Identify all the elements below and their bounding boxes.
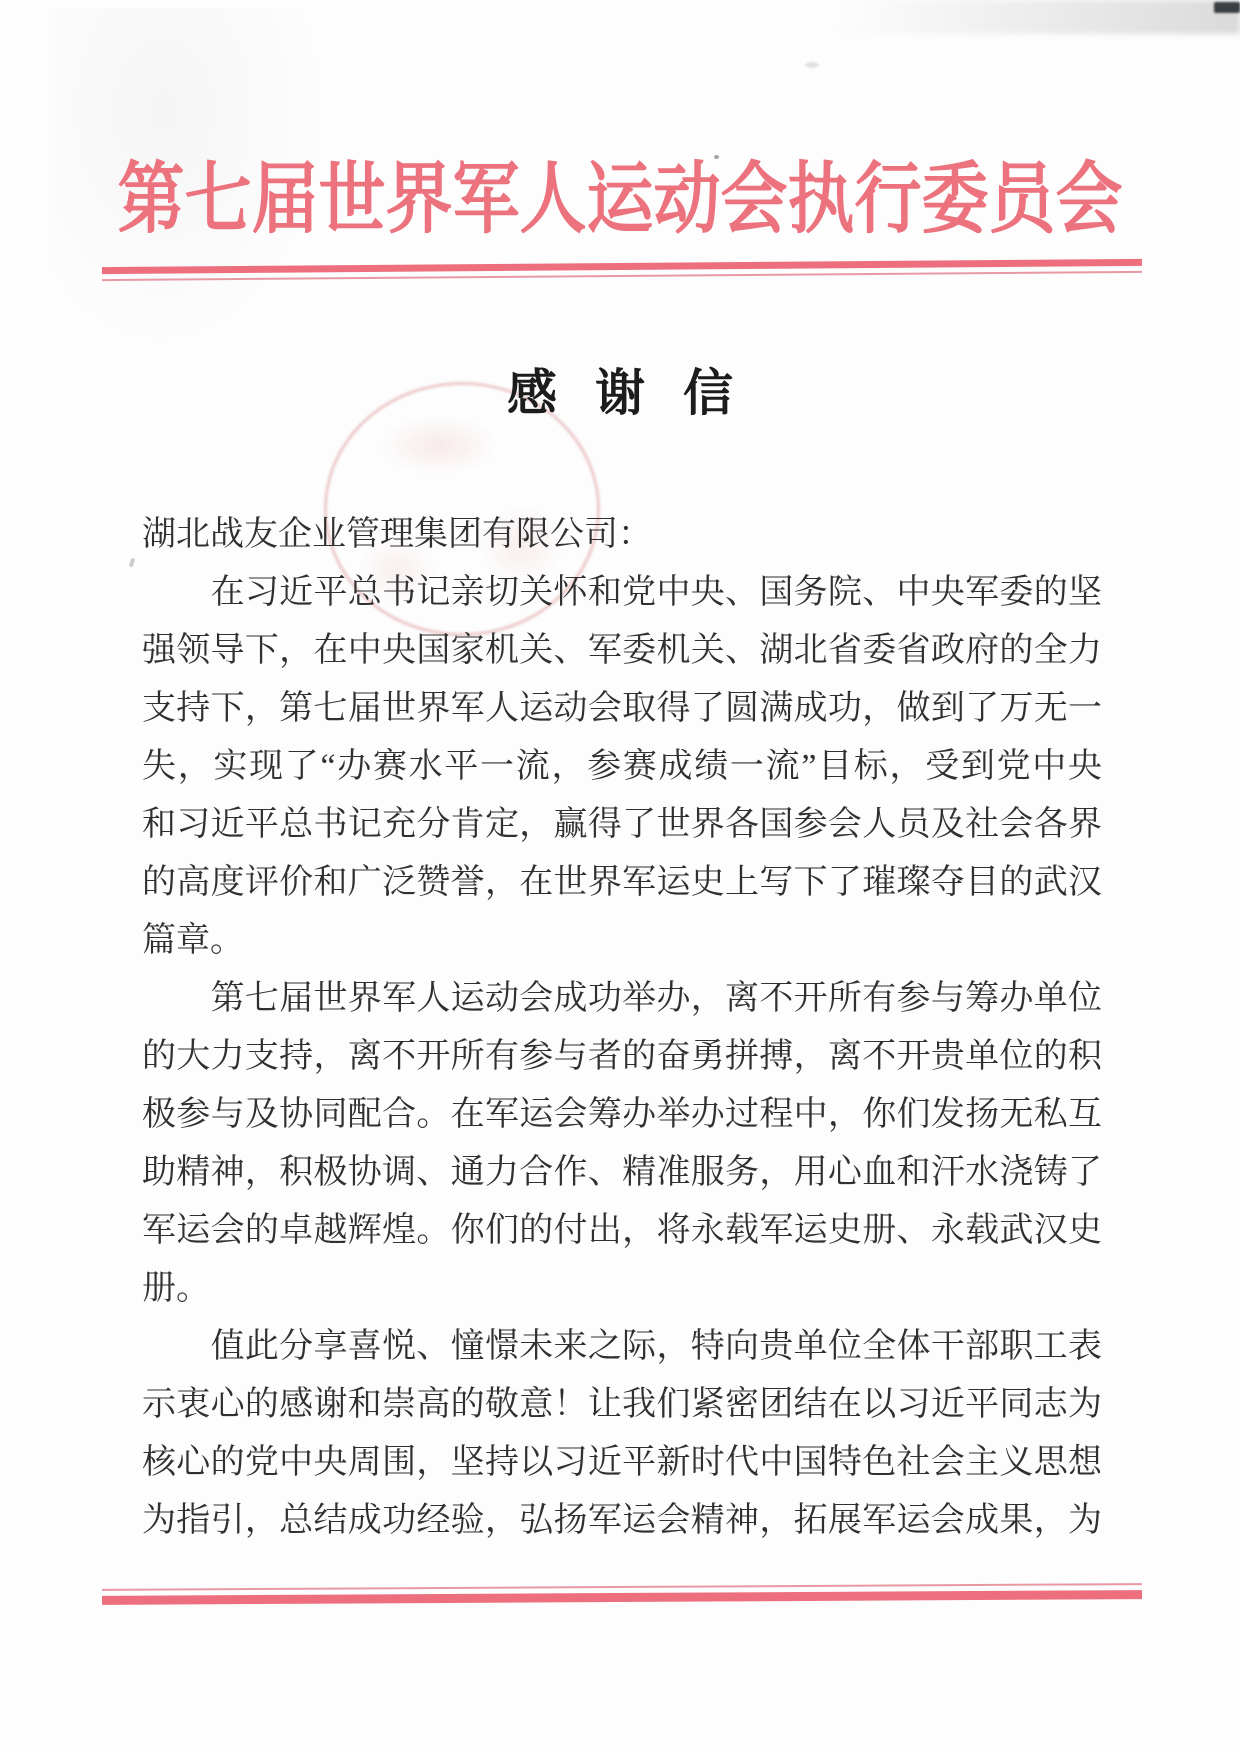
text-line: 在习近平总书记亲切关怀和党中央、国务院、中央军委的坚 (142, 564, 1102, 622)
text-line: 值此分享喜悦、憧憬未来之际，特向贵单位全体干部职工表 (142, 1318, 1102, 1376)
scan-speck (805, 62, 819, 68)
text-line: 的大力支持，离不开所有参与者的奋勇拼搏，离不开贵单位的积 (142, 1028, 1102, 1086)
paragraph: 在习近平总书记亲切关怀和党中央、国务院、中央军委的坚强领导下，在中央国家机关、军… (142, 564, 1102, 970)
scan-speck (129, 558, 136, 568)
letterhead-title: 第七届世界军人运动会执行委员会 (0, 150, 1240, 251)
text-line: 和习近平总书记充分肯定，赢得了世界各国参会人员及社会各界 (142, 796, 1102, 854)
text-line: 失，实现了“办赛水平一流，参赛成绩一流”目标，受到党中央 (142, 738, 1102, 796)
letter-paragraphs: 在习近平总书记亲切关怀和党中央、国务院、中央军委的坚强领导下，在中央国家机关、军… (142, 564, 1102, 1550)
text-line: 助精神，积极协调、通力合作、精准服务，用心血和汗水浇铸了 (142, 1144, 1102, 1202)
scan-smudge-top-right (840, 0, 1240, 34)
paragraph: 第七届世界军人运动会成功举办，离不开所有参与筹办单位的大力支持，离不开所有参与者… (142, 970, 1102, 1318)
salutation-line: 湖北战友企业管理集团有限公司： (142, 506, 1102, 564)
text-line: 的高度评价和广泛赞誉，在世界军运史上写下了璀璨夺目的武汉 (142, 854, 1102, 912)
text-line: 篇章。 (142, 912, 1102, 970)
text-line: 支持下，第七届世界军人运动会取得了圆满成功，做到了万无一 (142, 680, 1102, 738)
text-line: 示衷心的感谢和崇高的敬意！让我们紧密团结在以习近平同志为 (142, 1376, 1102, 1434)
stamp-blotch (379, 415, 499, 475)
text-line: 册。 (142, 1260, 1102, 1318)
footer-rule (102, 1583, 1142, 1605)
scanned-letter-page: 第七届世界军人运动会执行委员会 感谢信 湖北战友企业管理集团有限公司： 在习近平… (0, 0, 1240, 1753)
paragraph: 值此分享喜悦、憧憬未来之际，特向贵单位全体干部职工表示衷心的感谢和崇高的敬意！让… (142, 1318, 1102, 1550)
text-line: 军运会的卓越辉煌。你们的付出，将永载军运史册、永载武汉史 (142, 1202, 1102, 1260)
letter-body: 湖北战友企业管理集团有限公司： 在习近平总书记亲切关怀和党中央、国务院、中央军委… (142, 506, 1102, 1550)
text-line: 核心的党中央周围，坚持以习近平新时代中国特色社会主义思想 (142, 1434, 1102, 1492)
text-line: 极参与及协同配合。在军运会筹办举办过程中，你们发扬无私互 (142, 1086, 1102, 1144)
text-line: 第七届世界军人运动会成功举办，离不开所有参与筹办单位 (142, 970, 1102, 1028)
scan-dark-corner (1214, 2, 1240, 13)
text-line: 为指引，总结成功经验，弘扬军运会精神，拓展军运会成果，为 (142, 1492, 1102, 1550)
text-line: 强领导下，在中央国家机关、军委机关、湖北省委省政府的全力 (142, 622, 1102, 680)
letter-title: 感谢信 (0, 364, 1240, 422)
